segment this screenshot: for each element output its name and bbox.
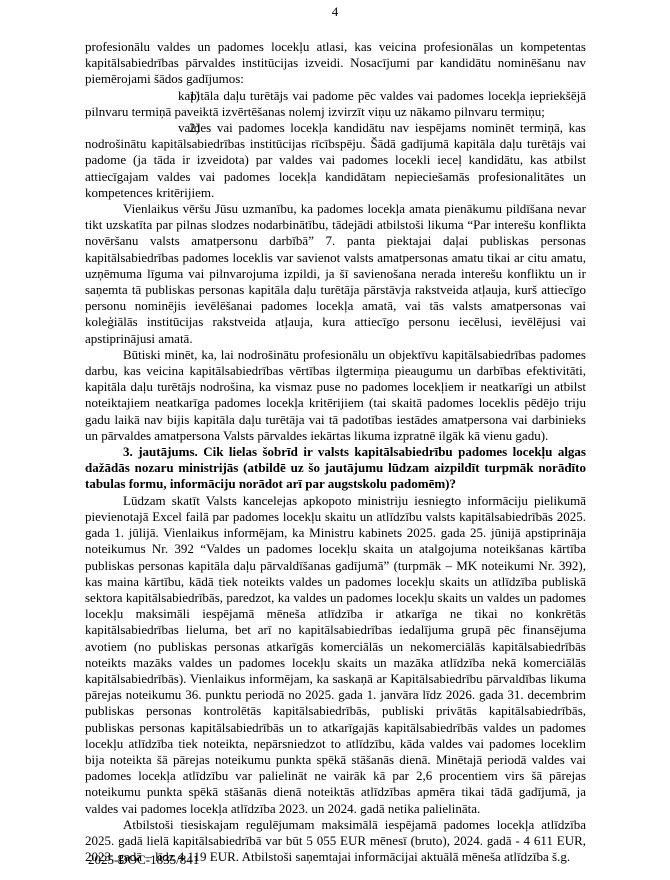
document-page: 4 profesionālu valdes un padomes locekļu… <box>0 0 670 880</box>
paragraph-remuneration-rules: Lūdzam skatīt Valsts kancelejas apkopoto… <box>85 493 586 817</box>
paragraph-conflict-of-interest: Vienlaikus vēršu Jūsu uzmanību, ka padom… <box>85 201 586 347</box>
list-item-1: 1)kapitāla daļu turētājs vai padome pēc … <box>85 88 586 120</box>
paragraph-text: Vienlaikus vēršu Jūsu uzmanību, ka padom… <box>85 201 586 346</box>
list-marker: 2) <box>137 120 178 136</box>
paragraph-intro: profesionālu valdes un padomes locekļu a… <box>85 39 586 88</box>
paragraph-text: profesionālu valdes un padomes locekļu a… <box>85 39 586 86</box>
question-text: 3. jautājums. Cik lielas šobrīd ir valst… <box>85 444 586 491</box>
paragraph-text: Lūdzam skatīt Valsts kancelejas apkopoto… <box>85 493 586 816</box>
document-reference-number: 2025-DOC-1835/841 <box>88 852 199 868</box>
document-body: profesionālu valdes un padomes locekļu a… <box>85 39 586 865</box>
list-marker: 1) <box>137 88 178 104</box>
list-item-2: 2)valdes vai padomes locekļa kandidātu n… <box>85 120 586 201</box>
question-3-heading: 3. jautājums. Cik lielas šobrīd ir valst… <box>85 444 586 493</box>
paragraph-independent-members: Būtiski minēt, ka, lai nodrošinātu profe… <box>85 347 586 444</box>
paragraph-text: Būtiski minēt, ka, lai nodrošinātu profe… <box>85 347 586 443</box>
page-number: 4 <box>0 4 670 20</box>
